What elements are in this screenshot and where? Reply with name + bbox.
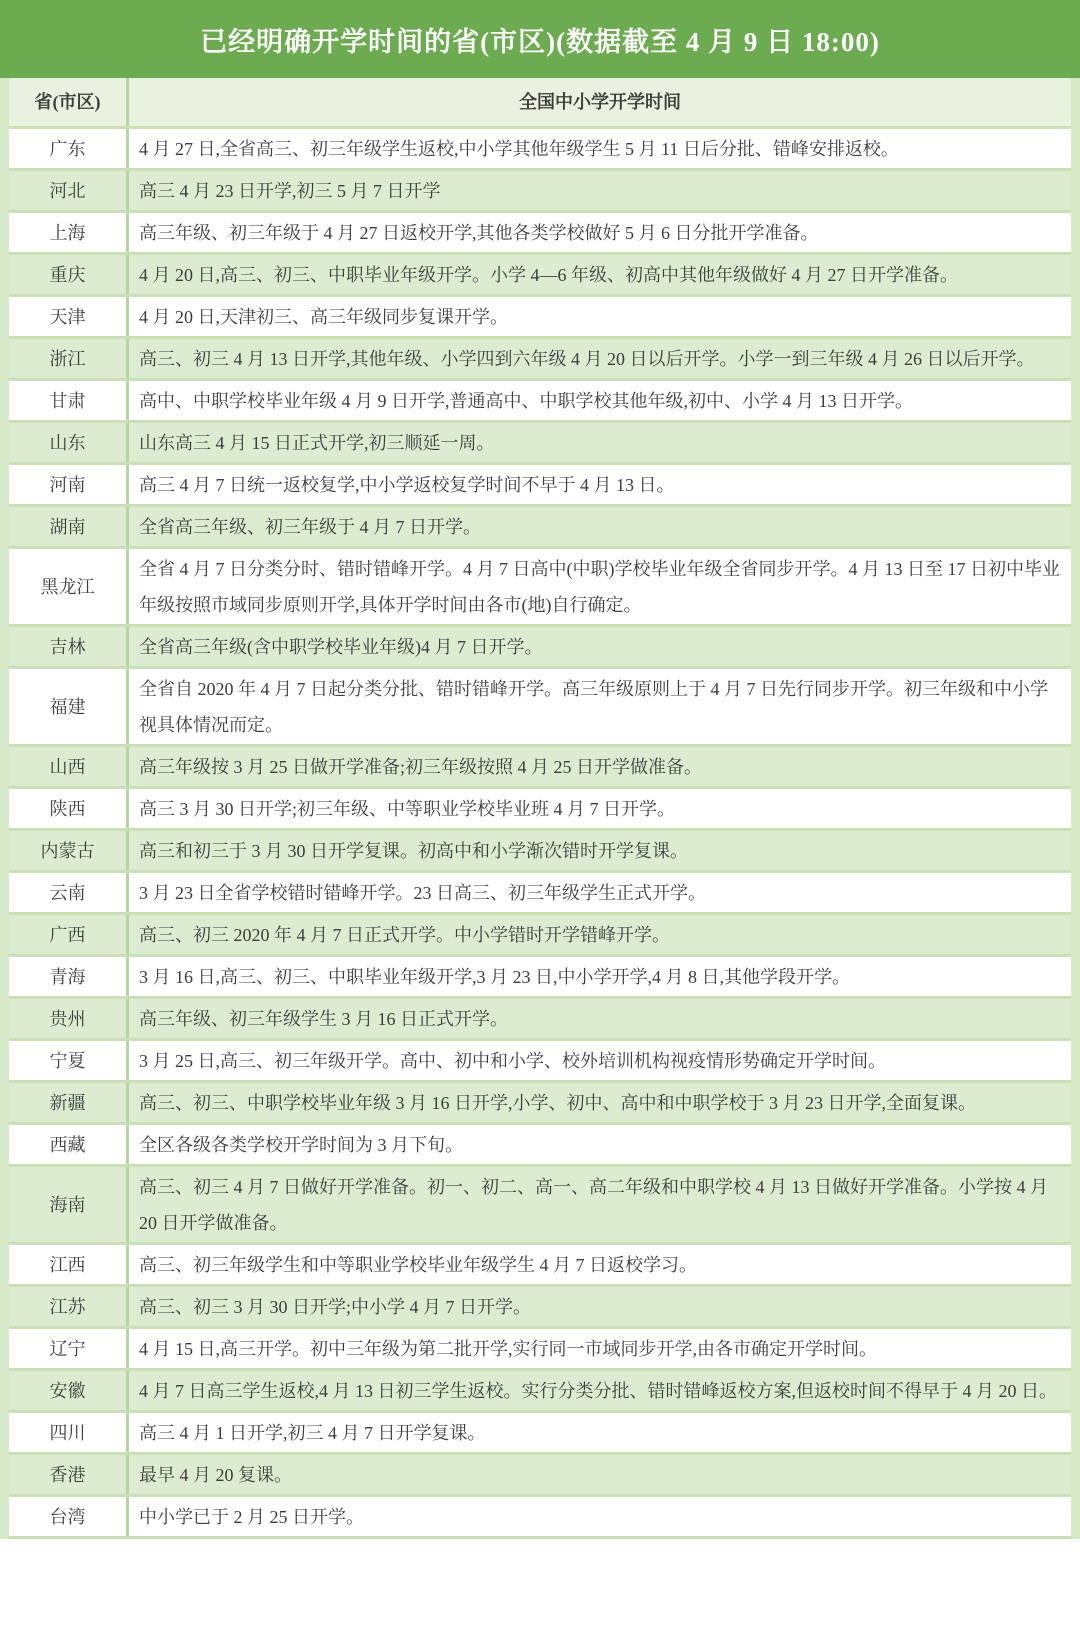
table-row: 广西 高三、初三 2020 年 4 月 7 日正式开学。中小学错时开学错峰开学。 — [9, 915, 1071, 957]
province-cell: 上海 — [9, 213, 129, 252]
header-cell-province: 省(市区) — [9, 78, 129, 126]
table-row: 黑龙江 全省 4 月 7 日分类分时、错时错峰开学。4 月 7 日高中(中职)学… — [9, 549, 1071, 627]
info-cell: 3 月 16 日,高三、初三、中职毕业年级开学,3 月 23 日,中小学开学,4… — [129, 957, 1071, 996]
province-cell: 西藏 — [9, 1125, 129, 1164]
info-cell: 高三 4 月 23 日开学,初三 5 月 7 日开学 — [129, 171, 1071, 210]
info-cell: 高三、初三年级学生和中等职业学校毕业年级学生 4 月 7 日返校学习。 — [129, 1245, 1071, 1284]
school-reopen-table: 省(市区) 全国中小学开学时间 广东 4 月 27 日,全省高三、初三年级学生返… — [0, 78, 1080, 1539]
table-row: 香港 最早 4 月 20 复课。 — [9, 1455, 1071, 1497]
province-cell: 辽宁 — [9, 1329, 129, 1368]
info-cell: 全省高三年级(含中职学校毕业年级)4 月 7 日开学。 — [129, 627, 1071, 666]
table-row: 贵州 高三年级、初三年级学生 3 月 16 日正式开学。 — [9, 999, 1071, 1041]
province-cell: 宁夏 — [9, 1041, 129, 1080]
province-cell: 青海 — [9, 957, 129, 996]
info-cell: 中小学已于 2 月 25 日开学。 — [129, 1497, 1071, 1536]
table-header-row: 省(市区) 全国中小学开学时间 — [9, 78, 1071, 129]
province-cell: 河北 — [9, 171, 129, 210]
table-row: 辽宁 4 月 15 日,高三开学。初中三年级为第二批开学,实行同一市域同步开学,… — [9, 1329, 1071, 1371]
info-cell: 山东高三 4 月 15 日正式开学,初三顺延一周。 — [129, 423, 1071, 462]
info-cell: 高三和初三于 3 月 30 日开学复课。初高中和小学渐次错时开学复课。 — [129, 831, 1071, 870]
province-cell: 河南 — [9, 465, 129, 504]
province-cell: 香港 — [9, 1455, 129, 1494]
info-cell: 4 月 20 日,高三、初三、中职毕业年级开学。小学 4—6 年级、初高中其他年… — [129, 255, 1071, 294]
info-cell: 高三 4 月 7 日统一返校复学,中小学返校复学时间不早于 4 月 13 日。 — [129, 465, 1071, 504]
province-cell: 江苏 — [9, 1287, 129, 1326]
info-cell: 4 月 27 日,全省高三、初三年级学生返校,中小学其他年级学生 5 月 11 … — [129, 129, 1071, 168]
info-cell: 最早 4 月 20 复课。 — [129, 1455, 1071, 1494]
info-cell: 全区各级各类学校开学时间为 3 月下旬。 — [129, 1125, 1071, 1164]
province-cell: 山西 — [9, 747, 129, 786]
table-row: 广东 4 月 27 日,全省高三、初三年级学生返校,中小学其他年级学生 5 月 … — [9, 129, 1071, 171]
info-cell: 高三、初三 4 月 13 日开学,其他年级、小学四到六年级 4 月 20 日以后… — [129, 339, 1071, 378]
table-body: 广东 4 月 27 日,全省高三、初三年级学生返校,中小学其他年级学生 5 月 … — [9, 129, 1071, 1539]
info-cell: 高三、初三、中职学校毕业年级 3 月 16 日开学,小学、初中、高中和中职学校于… — [129, 1083, 1071, 1122]
table-row: 海南 高三、初三 4 月 7 日做好开学准备。初一、初二、高一、高二年级和中职学… — [9, 1167, 1071, 1245]
table-row: 安徽 4 月 7 日高三学生返校,4 月 13 日初三学生返校。实行分类分批、错… — [9, 1371, 1071, 1413]
table-row: 山西 高三年级按 3 月 25 日做开学准备;初三年级按照 4 月 25 日开学… — [9, 747, 1071, 789]
table-row: 山东 山东高三 4 月 15 日正式开学,初三顺延一周。 — [9, 423, 1071, 465]
info-cell: 4 月 20 日,天津初三、高三年级同步复课开学。 — [129, 297, 1071, 336]
info-cell: 全省 4 月 7 日分类分时、错时错峰开学。4 月 7 日高中(中职)学校毕业年… — [129, 549, 1071, 624]
info-cell: 高三 3 月 30 日开学;初三年级、中等职业学校毕业班 4 月 7 日开学。 — [129, 789, 1071, 828]
province-cell: 湖南 — [9, 507, 129, 546]
table-row: 青海 3 月 16 日,高三、初三、中职毕业年级开学,3 月 23 日,中小学开… — [9, 957, 1071, 999]
province-cell: 重庆 — [9, 255, 129, 294]
table-row: 新疆 高三、初三、中职学校毕业年级 3 月 16 日开学,小学、初中、高中和中职… — [9, 1083, 1071, 1125]
page-title: 已经明确开学时间的省(市区)(数据截至 4 月 9 日 18:00) — [200, 20, 880, 59]
header-cell-info: 全国中小学开学时间 — [129, 78, 1071, 126]
province-cell: 黑龙江 — [9, 549, 129, 624]
province-cell: 四川 — [9, 1413, 129, 1452]
info-cell: 全省高三年级、初三年级于 4 月 7 日开学。 — [129, 507, 1071, 546]
info-cell: 4 月 15 日,高三开学。初中三年级为第二批开学,实行同一市域同步开学,由各市… — [129, 1329, 1071, 1368]
table-row: 天津 4 月 20 日,天津初三、高三年级同步复课开学。 — [9, 297, 1071, 339]
province-cell: 陕西 — [9, 789, 129, 828]
province-cell: 江西 — [9, 1245, 129, 1284]
province-cell: 云南 — [9, 873, 129, 912]
info-cell: 高三 4 月 1 日开学,初三 4 月 7 日开学复课。 — [129, 1413, 1071, 1452]
province-cell: 台湾 — [9, 1497, 129, 1536]
province-cell: 山东 — [9, 423, 129, 462]
table-row: 重庆 4 月 20 日,高三、初三、中职毕业年级开学。小学 4—6 年级、初高中… — [9, 255, 1071, 297]
province-cell: 吉林 — [9, 627, 129, 666]
table-row: 湖南 全省高三年级、初三年级于 4 月 7 日开学。 — [9, 507, 1071, 549]
table-row: 台湾 中小学已于 2 月 25 日开学。 — [9, 1497, 1071, 1539]
province-cell: 内蒙古 — [9, 831, 129, 870]
info-cell: 高三、初三 2020 年 4 月 7 日正式开学。中小学错时开学错峰开学。 — [129, 915, 1071, 954]
table-row: 内蒙古 高三和初三于 3 月 30 日开学复课。初高中和小学渐次错时开学复课。 — [9, 831, 1071, 873]
province-cell: 广东 — [9, 129, 129, 168]
province-cell: 福建 — [9, 669, 129, 744]
province-cell: 安徽 — [9, 1371, 129, 1410]
province-cell: 浙江 — [9, 339, 129, 378]
info-cell: 高中、中职学校毕业年级 4 月 9 日开学,普通高中、中职学校其他年级,初中、小… — [129, 381, 1071, 420]
province-cell: 贵州 — [9, 999, 129, 1038]
province-cell: 天津 — [9, 297, 129, 336]
table-row: 西藏 全区各级各类学校开学时间为 3 月下旬。 — [9, 1125, 1071, 1167]
table-row: 陕西 高三 3 月 30 日开学;初三年级、中等职业学校毕业班 4 月 7 日开… — [9, 789, 1071, 831]
table-row: 四川 高三 4 月 1 日开学,初三 4 月 7 日开学复课。 — [9, 1413, 1071, 1455]
province-cell: 广西 — [9, 915, 129, 954]
table-row: 河南 高三 4 月 7 日统一返校复学,中小学返校复学时间不早于 4 月 13 … — [9, 465, 1071, 507]
table-row: 云南 3 月 23 日全省学校错时错峰开学。23 日高三、初三年级学生正式开学。 — [9, 873, 1071, 915]
table-row: 河北 高三 4 月 23 日开学,初三 5 月 7 日开学 — [9, 171, 1071, 213]
info-cell: 3 月 25 日,高三、初三年级开学。高中、初中和小学、校外培训机构视疫情形势确… — [129, 1041, 1071, 1080]
table-row: 吉林 全省高三年级(含中职学校毕业年级)4 月 7 日开学。 — [9, 627, 1071, 669]
table-row: 江苏 高三、初三 3 月 30 日开学;中小学 4 月 7 日开学。 — [9, 1287, 1071, 1329]
title-banner: 已经明确开学时间的省(市区)(数据截至 4 月 9 日 18:00) — [0, 0, 1080, 78]
table-row: 福建 全省自 2020 年 4 月 7 日起分类分批、错时错峰开学。高三年级原则… — [9, 669, 1071, 747]
table-row: 上海 高三年级、初三年级于 4 月 27 日返校开学,其他各类学校做好 5 月 … — [9, 213, 1071, 255]
info-cell: 3 月 23 日全省学校错时错峰开学。23 日高三、初三年级学生正式开学。 — [129, 873, 1071, 912]
province-cell: 海南 — [9, 1167, 129, 1242]
info-cell: 高三年级按 3 月 25 日做开学准备;初三年级按照 4 月 25 日开学做准备… — [129, 747, 1071, 786]
province-cell: 新疆 — [9, 1083, 129, 1122]
info-cell: 高三年级、初三年级于 4 月 27 日返校开学,其他各类学校做好 5 月 6 日… — [129, 213, 1071, 252]
table-row: 宁夏 3 月 25 日,高三、初三年级开学。高中、初中和小学、校外培训机构视疫情… — [9, 1041, 1071, 1083]
table-row: 甘肃 高中、中职学校毕业年级 4 月 9 日开学,普通高中、中职学校其他年级,初… — [9, 381, 1071, 423]
info-cell: 高三、初三 3 月 30 日开学;中小学 4 月 7 日开学。 — [129, 1287, 1071, 1326]
info-cell: 4 月 7 日高三学生返校,4 月 13 日初三学生返校。实行分类分批、错时错峰… — [129, 1371, 1071, 1410]
province-cell: 甘肃 — [9, 381, 129, 420]
info-cell: 全省自 2020 年 4 月 7 日起分类分批、错时错峰开学。高三年级原则上于 … — [129, 669, 1071, 744]
info-cell: 高三、初三 4 月 7 日做好开学准备。初一、初二、高一、高二年级和中职学校 4… — [129, 1167, 1071, 1242]
table-row: 浙江 高三、初三 4 月 13 日开学,其他年级、小学四到六年级 4 月 20 … — [9, 339, 1071, 381]
info-cell: 高三年级、初三年级学生 3 月 16 日正式开学。 — [129, 999, 1071, 1038]
table-row: 江西 高三、初三年级学生和中等职业学校毕业年级学生 4 月 7 日返校学习。 — [9, 1245, 1071, 1287]
